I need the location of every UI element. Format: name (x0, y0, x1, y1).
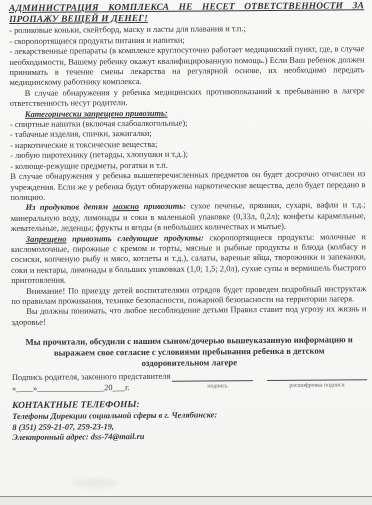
parent-signature-label: Подпись родителя, законного представител… (12, 371, 170, 383)
signature-decode-caption: расшифровка подписи (267, 381, 367, 390)
medical-note: В случае обнаружения у ребенка медицинск… (10, 86, 365, 110)
signature-decode-blank-line (267, 370, 367, 381)
allowed-products-paragraph: Из продуктов детям можно привозить: сухо… (11, 201, 366, 235)
document-title: АДМИНИСТРАЦИЯ КОМПЛЕКСА НЕ НЕСЕТ ОТВЕТСТ… (9, 1, 364, 26)
allowed-lead-part2: привозить: (139, 202, 186, 211)
warning-note: Вы должны понимать, что любое несоблюден… (11, 305, 366, 329)
document-content: АДМИНИСТРАЦИЯ КОМПЛЕКСА НЕ НЕСЕТ ОТВЕТСТ… (9, 1, 367, 443)
allowed-products-lead: Из продуктов детям можно привозить: (26, 202, 186, 212)
expulsion-note: В случае обнаружения у ребенка вышепереч… (10, 169, 365, 203)
signature-caption: подпись (182, 382, 253, 391)
banned-products-lead: Запрещено привозить следующие продукты: (26, 233, 204, 243)
not-responsible-item: - лекарственные препараты (в комплексе к… (9, 44, 364, 88)
attention-note: Внимание! По приезду детей воспитателями… (11, 284, 366, 308)
contacts-email: Электронный адрес: dss-74@mail.ru (12, 430, 367, 443)
banned-lead-underlined: Запрещено (26, 234, 67, 243)
allowed-lead-underlined: можно (113, 202, 140, 211)
signature-blank-line (172, 371, 253, 382)
agreement-statement: Мы прочитали, обсудили с нашим сыном/доч… (12, 334, 367, 369)
scan-bottom-edge (0, 496, 372, 505)
scan-smudge (72, 478, 118, 488)
contacts-block: КОНТАКТНЫЕ ТЕЛЕФОНЫ: Телефоны Дирекции с… (12, 399, 367, 443)
banned-products-paragraph: Запрещено привозить следующие продукты: … (11, 232, 366, 287)
scanned-document-page: АДМИНИСТРАЦИЯ КОМПЛЕКСА НЕ НЕСЕТ ОТВЕТСТ… (0, 0, 372, 505)
banned-lead-part2: привозить следующие продукты: (66, 233, 203, 243)
signature-caption-row: «____»________________20___г. подпись ра… (12, 381, 367, 394)
allowed-lead-part1: Из продуктов детям (26, 203, 113, 213)
date-blank: «____»________________20___г. (12, 383, 180, 395)
